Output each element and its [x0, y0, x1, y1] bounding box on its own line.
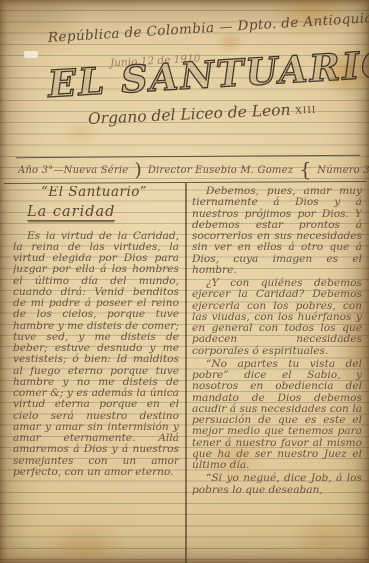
article-title: La caridad [27, 207, 115, 220]
director-label: Director Eusebio M. Gomez [148, 165, 293, 176]
subtitle-roman-numeral: XIII [295, 106, 317, 117]
edition-label: Año 3°—Nueva Série [18, 165, 128, 176]
masthead-row: Año 3°—Nueva Série ) Director Eusebio M.… [18, 159, 362, 181]
article-paragraph: “No apartes tu vista del pobre” dice el … [192, 359, 362, 472]
manuscript-page-scan: República de Colombia — Dpto. de Antioqu… [0, 0, 369, 563]
article-paragraph: Debemos, pues, amar muy tiernamente á Di… [192, 186, 362, 276]
newspaper-title: EL SANTUARIO [47, 43, 369, 106]
country-department-line: República de Colombia — Dpto. de Antioqu… [48, 11, 363, 46]
issue-number: Número 3 [317, 165, 369, 176]
section-heading: “El Santuario” [41, 187, 179, 198]
article-paragraph: Es la virtud de la Caridad, la reina de … [13, 231, 179, 479]
right-column: Debemos, pues, amar muy tiernamente á Di… [192, 186, 362, 561]
article-paragraph: “Si yo negué, dice Job, á los pobres lo … [192, 473, 362, 496]
column-divider-rule [185, 183, 187, 563]
subtitle-text: Organo del Liceo de Leon [88, 101, 296, 128]
newspaper-subtitle: Organo del Liceo de Leon XIII [88, 100, 317, 128]
left-column: “El Santuario” La caridad Es la virtud d… [13, 186, 179, 561]
masthead-top-rule [16, 155, 360, 158]
paper-bright-patch [24, 51, 38, 58]
masthead-separator: ) [134, 161, 141, 180]
article-paragraph: ¿Y con quiénes debemos ejercer la Carida… [192, 278, 362, 357]
masthead-brace: { [299, 161, 311, 180]
